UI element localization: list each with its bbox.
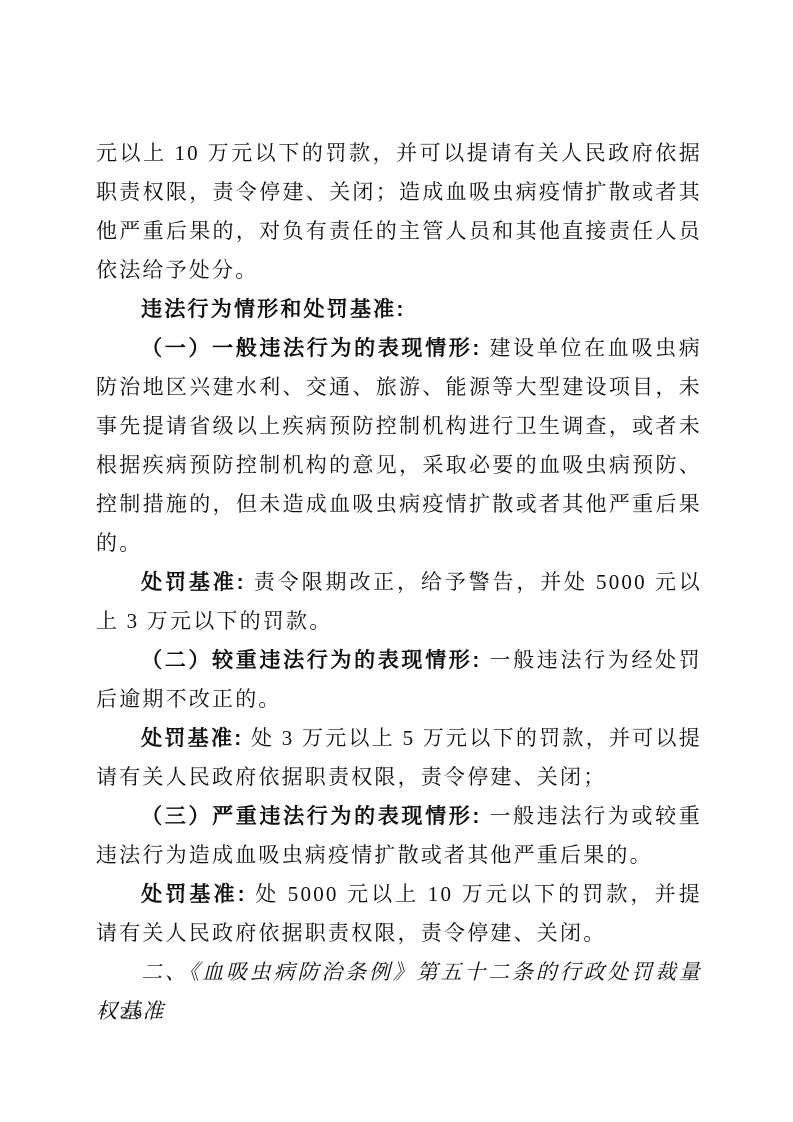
section-heading-paragraph: 二、《血吸虫病防治条例》第五十二条的行政处罚裁量权基准: [96, 953, 702, 1031]
body-paragraph: 处罚基准: 处 5000 元以上 10 万元以下的罚款，并提请有关人民政府依据职…: [96, 875, 702, 953]
paragraph-text: 建设单位在血吸虫病防治地区兴建水利、交通、旅游、能源等大型建设项目，未事先提请省…: [96, 336, 702, 555]
body-paragraph: （一）一般违法行为的表现情形: 建设单位在血吸虫病防治地区兴建水利、交通、旅游、…: [96, 329, 702, 563]
body-paragraph: 元以上 10 万元以下的罚款，并可以提请有关人民政府依据职责权限，责令停建、关闭…: [96, 134, 702, 290]
paragraph-bold-lead: 处罚基准:: [141, 571, 246, 594]
body-paragraph: （三）严重违法行为的表现情形: 一般违法行为或较重违法行为造成血吸虫病疫情扩散或…: [96, 797, 702, 875]
paragraph-text: 元以上 10 万元以下的罚款，并可以提请有关人民政府依据职责权限，责令停建、关闭…: [96, 141, 702, 282]
document-body: 元以上 10 万元以下的罚款，并可以提请有关人民政府依据职责权限，责令停建、关闭…: [96, 134, 702, 1031]
paragraph-text: 二、《血吸虫病防治条例》第五十二条的行政处罚裁量权基准: [96, 960, 702, 1023]
body-paragraph: 违法行为情形和处罚基准:: [96, 290, 702, 329]
paragraph-bold-lead: 违法行为情形和处罚基准:: [141, 298, 405, 321]
document-page: 元以上 10 万元以下的罚款，并可以提请有关人民政府依据职责权限，责令停建、关闭…: [0, 0, 793, 1122]
paragraph-bold-lead: 处罚基准:: [141, 883, 247, 906]
body-paragraph: 处罚基准: 处 3 万元以上 5 万元以下的罚款，并可以提请有关人民政府依据职责…: [96, 719, 702, 797]
paragraph-bold-lead: 处罚基准:: [141, 727, 243, 750]
body-paragraph: 处罚基准: 责令限期改正，给予警告，并处 5000 元以上 3 万元以下的罚款。: [96, 563, 702, 641]
paragraph-bold-lead: （二）较重违法行为的表现情形:: [141, 649, 481, 672]
page-number: - 26 -: [100, 1003, 167, 1023]
paragraph-bold-lead: （三）严重违法行为的表现情形:: [141, 805, 481, 828]
paragraph-bold-lead: （一）一般违法行为的表现情形:: [141, 337, 481, 360]
body-paragraph: （二）较重违法行为的表现情形: 一般违法行为经处罚后逾期不改正的。: [96, 641, 702, 719]
